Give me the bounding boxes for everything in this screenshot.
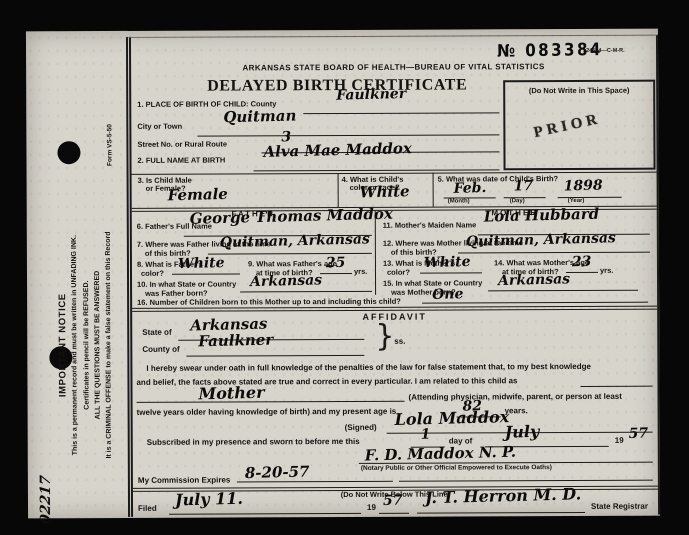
- father-mother-divider: [375, 211, 376, 295]
- mother-name-value: Lola Hubbard: [484, 205, 600, 226]
- sworn-year-prefix: 19: [615, 436, 624, 445]
- father-born-value: Arkansas: [250, 272, 322, 290]
- registrar-signature: J. T. Herron M. D.: [425, 484, 582, 507]
- form-number: Form VS-5-50: [106, 124, 113, 166]
- divider-3-4: [338, 173, 339, 207]
- affiant-signature: Lola Maddox: [394, 407, 509, 429]
- do-not-write-box: (Do Not Write in This Space) PRIOR: [503, 80, 655, 171]
- do-not-write-label: (Do Not Write in This Space): [505, 86, 653, 96]
- filed-label: Filed: [138, 504, 157, 513]
- important-notice-block: IMPORTANT NOTICE This is a permanent rec…: [57, 173, 119, 517]
- state-registrar-label: State Registrar: [591, 502, 648, 511]
- sworn-label: Subscribed in my presence and sworn to b…: [147, 437, 360, 447]
- mother-color-label-2: color?: [387, 268, 410, 277]
- father-age-value: 25: [326, 255, 346, 271]
- father-age-line: [320, 273, 352, 274]
- commission-label: My Commission Expires: [138, 475, 231, 484]
- mother-color-line: [420, 272, 482, 273]
- father-name-value: George Thomas Maddox: [190, 205, 393, 228]
- sworn-year-value: 57: [629, 425, 649, 441]
- ss-brace: }: [375, 319, 394, 354]
- children-count-line: [422, 302, 648, 304]
- agency-heading: ARKANSAS STATE BOARD OF HEALTH—BUREAU OF…: [131, 62, 656, 73]
- hole-punch-top: [57, 141, 80, 164]
- county-value: Faulkner: [336, 86, 406, 104]
- city-value: Quitman: [223, 106, 297, 126]
- dob-day: 17: [513, 178, 533, 194]
- city-label: City or Town: [137, 122, 182, 131]
- filed-year-line: [379, 513, 409, 514]
- mother-name-label: 11. Mother's Maiden Name: [383, 220, 477, 229]
- mother-born-value: Arkansas: [498, 271, 570, 289]
- mother-living-line: [458, 252, 650, 254]
- father-born-line: [240, 291, 372, 293]
- notice-line: It is a CRIMINAL OFFENSE to make a false…: [102, 173, 115, 517]
- filed-year-prefix: 19: [367, 503, 376, 512]
- filed-date-value: July 11.: [175, 489, 243, 510]
- print-code: 124694—C-M-R.: [583, 48, 625, 54]
- mother-age-line: [566, 272, 598, 273]
- father-color-value: White: [178, 255, 225, 272]
- month-caption: (Month): [448, 198, 470, 204]
- race-value: White: [359, 182, 409, 201]
- dob-year: 1898: [563, 177, 602, 194]
- relation-line-1: [580, 386, 652, 387]
- mother-age-value: 23: [572, 254, 592, 270]
- attending-caption: (Attending physician, midwife, parent, o…: [409, 392, 622, 402]
- father-living-value: Quitman, Arkansas: [220, 231, 370, 251]
- sworn-month-value: July: [504, 422, 539, 442]
- full-name-value: Alva Mae Maddox: [263, 139, 412, 161]
- father-color-line: [172, 273, 240, 274]
- mother-age-unit: yrs.: [600, 266, 613, 275]
- signed-label: (Signed): [345, 423, 377, 432]
- full-name-label: 2. FULL NAME AT BIRTH: [137, 156, 225, 165]
- county-of-label: County of: [142, 345, 179, 354]
- day-caption: (Day): [510, 198, 525, 204]
- commission-line-right: [399, 480, 653, 482]
- commission-line: [237, 481, 393, 483]
- father-age-label: 9. What was Father's age: [248, 259, 337, 268]
- registrar-line: [417, 512, 585, 514]
- affidavit-paragraph-4: twelve years older having knowledge of b…: [137, 407, 397, 417]
- mother-living-value: Quitman, Arkansas: [466, 230, 616, 250]
- children-count-label: 16. Number of Children born to this Moth…: [137, 297, 401, 307]
- county-line: [303, 112, 499, 114]
- sex-value: Female: [167, 185, 228, 205]
- father-living-line: [208, 253, 372, 255]
- father-born-label: 10. In what State or Country: [137, 279, 236, 288]
- county-of-value: Faulkner: [198, 331, 273, 351]
- city-line: [197, 134, 499, 136]
- street-label: Street No. or Rural Route: [137, 140, 227, 149]
- affidavit-paragraph-2: and belief, the facts above stated are t…: [136, 376, 517, 387]
- notary-caption: (Notary Public or Other Official Empower…: [361, 464, 552, 472]
- notary-signature: F. D. Maddox N. P.: [365, 443, 517, 465]
- relation-line-2: [137, 401, 405, 403]
- dob-month: Feb.: [453, 180, 486, 197]
- year-caption: (Year): [568, 198, 585, 204]
- relation-value: Mother: [198, 383, 264, 404]
- divider-4-5: [433, 173, 434, 207]
- prior-stamp: PRIOR: [532, 111, 602, 142]
- father-born-label-2: was Father born?: [145, 289, 208, 298]
- father-age-unit: yrs.: [354, 267, 367, 276]
- sworn-day-value: 1: [421, 427, 431, 443]
- scanned-document-page: Form VS-5-50 IMPORTANT NOTICE This is a …: [0, 0, 689, 535]
- certificate-paper: Form VS-5-50 IMPORTANT NOTICE This is a …: [26, 29, 660, 519]
- filed-date-line: [169, 513, 361, 515]
- filed-year-value: 57: [383, 493, 403, 509]
- county-line-2: [186, 355, 364, 357]
- mother-color-value: White: [424, 254, 471, 271]
- commission-value: 8-20-57: [245, 462, 310, 482]
- full-name-line: [254, 169, 500, 171]
- father-color-label-2: color?: [141, 269, 164, 278]
- children-count-value: One: [432, 286, 464, 303]
- ss-label: ss.: [394, 337, 405, 346]
- mother-born-line: [488, 290, 638, 292]
- affidavit-paragraph-1: I hereby swear under oath in full knowle…: [146, 362, 591, 373]
- certificate-form: ARKANSAS STATE BOARD OF HEALTH—BUREAU OF…: [126, 35, 660, 517]
- state-of-label: State of: [142, 328, 171, 337]
- file-number-handwritten: 02217: [38, 475, 54, 525]
